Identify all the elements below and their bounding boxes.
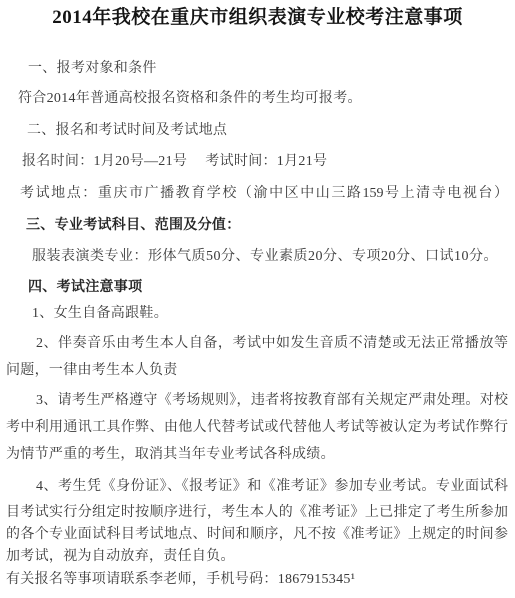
note-3-line-2: 考中利用通讯工具作弊、由他人代替考试或代替他人考试等被认定为考试作弊行 — [6, 418, 508, 438]
note-3-line-3: 为情节严重的考生，取消其当年专业考试各科成绩。 — [6, 445, 508, 465]
note-2-line-1: 2、伴奏音乐由考生本人自备，考试中如发生音质不清楚或无法正常播放等 — [6, 334, 508, 354]
page-title: 2014年我校在重庆市组织表演专业校考注意事项 — [0, 5, 515, 31]
note-4-line-1: 4、考生凭《身份证》、《报考证》和《准考证》参加专业考试。专业面试科 — [6, 477, 508, 497]
note-3-line-1: 3、请考生严格遵守《考场规则》，违者将按教育部有关规定严肃处理。对校 — [6, 391, 508, 411]
section-3-body: 服装表演类专业：形体气质50分、专业素质20分、专项20分、口试10分。 — [6, 247, 508, 267]
exam-location: 考试地点：重庆市广播教育学校（渝中区中山三路159号上清寺电视台） — [6, 184, 508, 204]
note-1: 1、女生自备高跟鞋。 — [6, 304, 508, 324]
contact-line: 有关报名等事项请联系李老师，手机号码：1867915345¹ — [6, 570, 508, 590]
section-1-body: 符合2014年普通高校报名资格和条件的考生均可报考。 — [6, 89, 508, 109]
section-1-heading: 一、报考对象和条件 — [6, 59, 508, 79]
note-4-line-4: 加考试，视为自动放弃，责任自负。 — [6, 547, 508, 567]
note-2-line-2: 问题，一律由考生本人负责 — [6, 361, 508, 381]
registration-time: 报名时间：1月20号—21号 考试时间：1月21号 — [6, 152, 508, 172]
section-4-heading: 四、考试注意事项 — [6, 278, 508, 298]
note-4-line-2: 目考试实行分组定时按顺序进行，考生本人的《准考证》上已排定了考生所参加 — [6, 503, 508, 523]
document-page: 2014年我校在重庆市组织表演专业校考注意事项 一、报考对象和条件 符合2014… — [0, 0, 515, 598]
section-3-heading: 三、专业考试科目、范围及分值： — [6, 216, 508, 236]
section-2-heading: 二、报名和考试时间及考试地点 — [6, 121, 508, 141]
note-4-line-3: 的各个专业面试科目考试地点、时间和顺序，凡不按《准考证》上规定的时间参 — [6, 525, 508, 545]
